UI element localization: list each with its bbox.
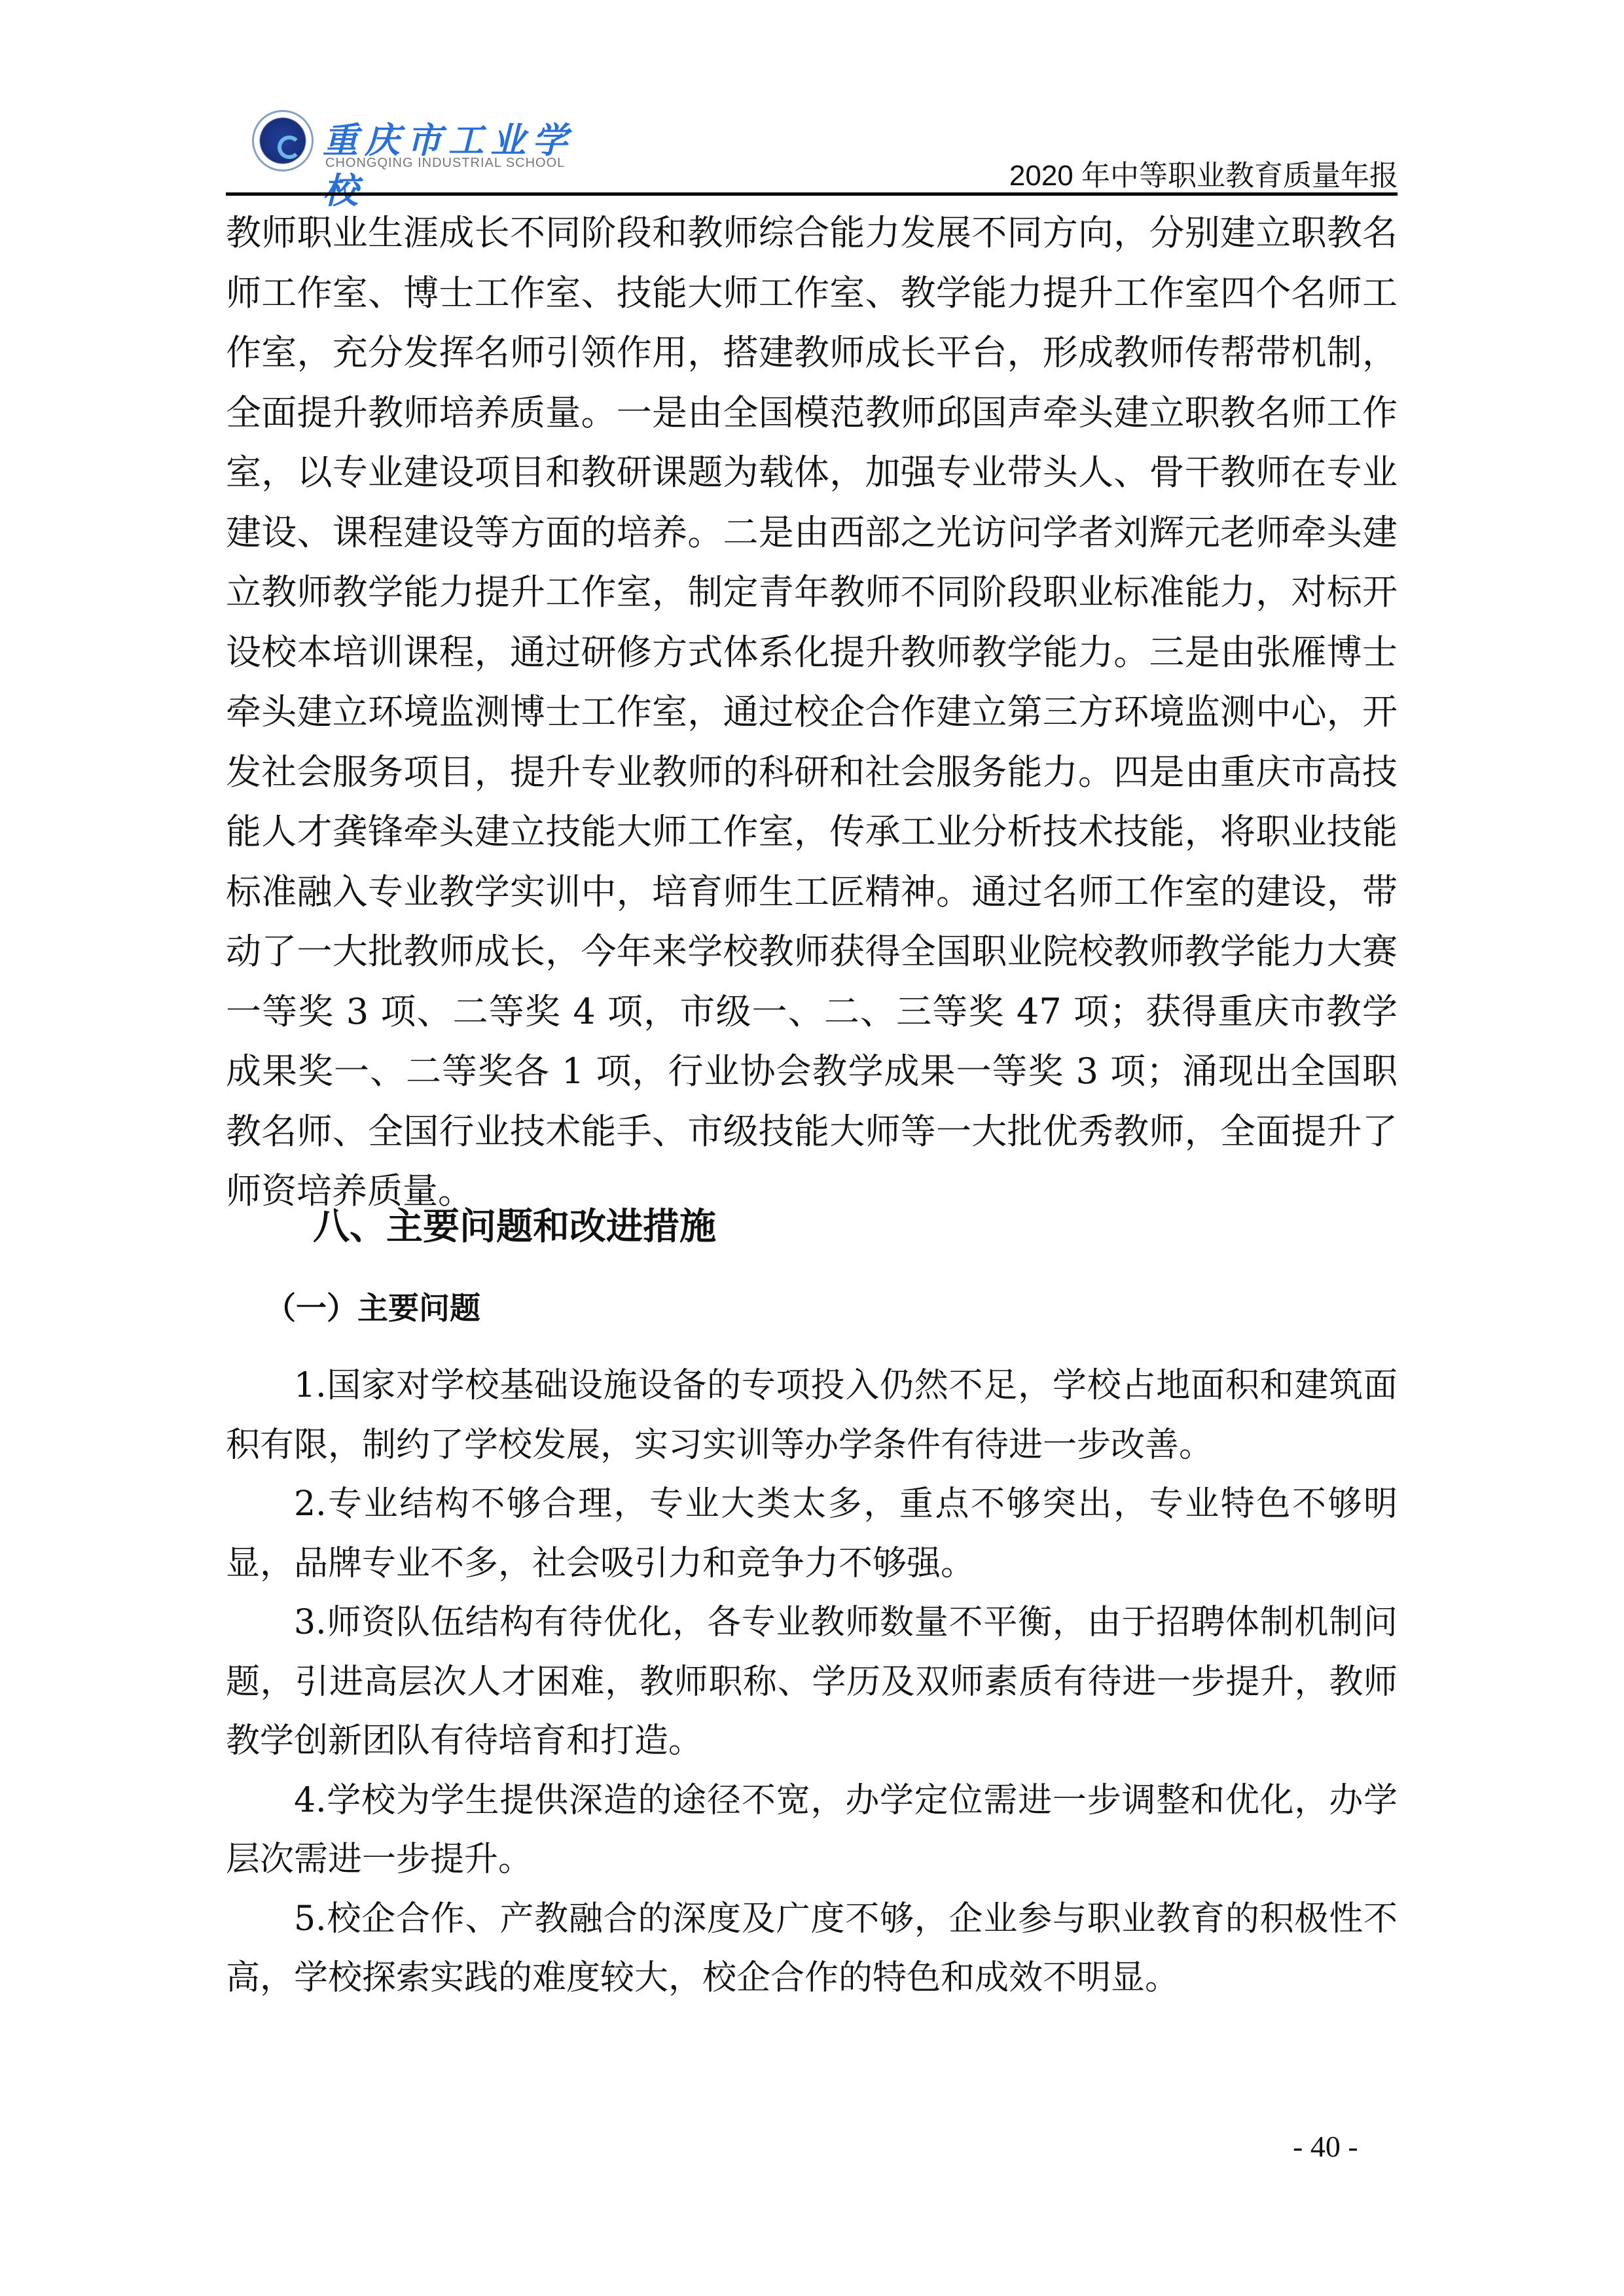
report-title: 2020 年中等职业教育质量年报 [1009,152,1398,194]
issue-item: 2.专业结构不够合理，专业大类太多，重点不够突出，专业特色不够明显，品牌专业不多… [226,1475,1398,1593]
issue-item: 5.校企合作、产教融合的深度及广度不够，企业参与职业教育的积极性不高，学校探索实… [226,1890,1398,2008]
issue-item: 4.学校为学生提供深造的途径不宽，办学定位需进一步调整和优化，办学层次需进一步提… [226,1771,1398,1890]
school-logo: 重庆市工业学校 CHONGQING INDUSTRIAL SCHOOL [245,105,612,177]
issue-item: 3.师资队伍结构有待优化，各专业教师数量不平衡，由于招聘体制机制问题，引进高层次… [226,1593,1398,1771]
swirl-icon [278,135,301,159]
school-emblem-icon [252,110,314,171]
page-number: - 40 - [1293,2129,1358,2164]
section-heading: 八、主要问题和改进措施 [313,1198,716,1250]
logo-english-name: CHONGQING INDUSTRIAL SCHOOL [325,156,565,171]
body-paragraph: 教师职业生涯成长不同阶段和教师综合能力发展不同方向，分别建立职教名师工作室、博士… [226,203,1398,1221]
subsection-heading: （一）主要问题 [265,1284,480,1328]
header-divider [226,192,1398,196]
issues-list: 1.国家对学校基础设施设备的专项投入仍然不足，学校占地面积和建筑面积有限，制约了… [226,1356,1398,2008]
issue-item: 1.国家对学校基础设施设备的专项投入仍然不足，学校占地面积和建筑面积有限，制约了… [226,1356,1398,1475]
